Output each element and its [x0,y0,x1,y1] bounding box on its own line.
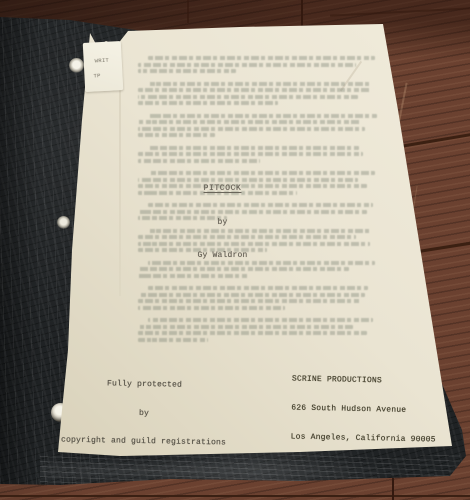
production-address-1: 626 South Hudson Avenue [291,403,436,416]
wood-seam [301,0,303,26]
photo-scene: PITCOCK by Gy Waldron Fully protected by… [0,0,470,500]
wood-seam [0,495,470,497]
production-address-2: Los Angeles, California 90005 [291,432,436,445]
page-edge-fragment-2: TP [93,72,101,79]
copyright-line-1: Fully protected [56,378,232,391]
page-edge-fragment-1: WRIT [95,57,110,65]
wood-seam [187,0,189,23]
script-author: Gy Waldron [160,251,285,260]
copyright-line-3: copyright and guild registrations [55,435,231,448]
protruding-page-edge: WRIT TP [83,41,124,92]
script-title: PITCOCK [160,184,285,193]
production-company: SCRINE PRODUCTIONS [292,375,437,388]
title-block: PITCOCK by Gy Waldron [160,166,285,278]
binder-eyelet-top [69,58,84,73]
script-byline: by [160,218,285,227]
binder-eyelet-middle [57,216,70,229]
wood-seam [330,7,470,16]
copyright-line-2: by [56,407,232,420]
copyright-notice: Fully protected by copyright and guild r… [55,359,233,467]
